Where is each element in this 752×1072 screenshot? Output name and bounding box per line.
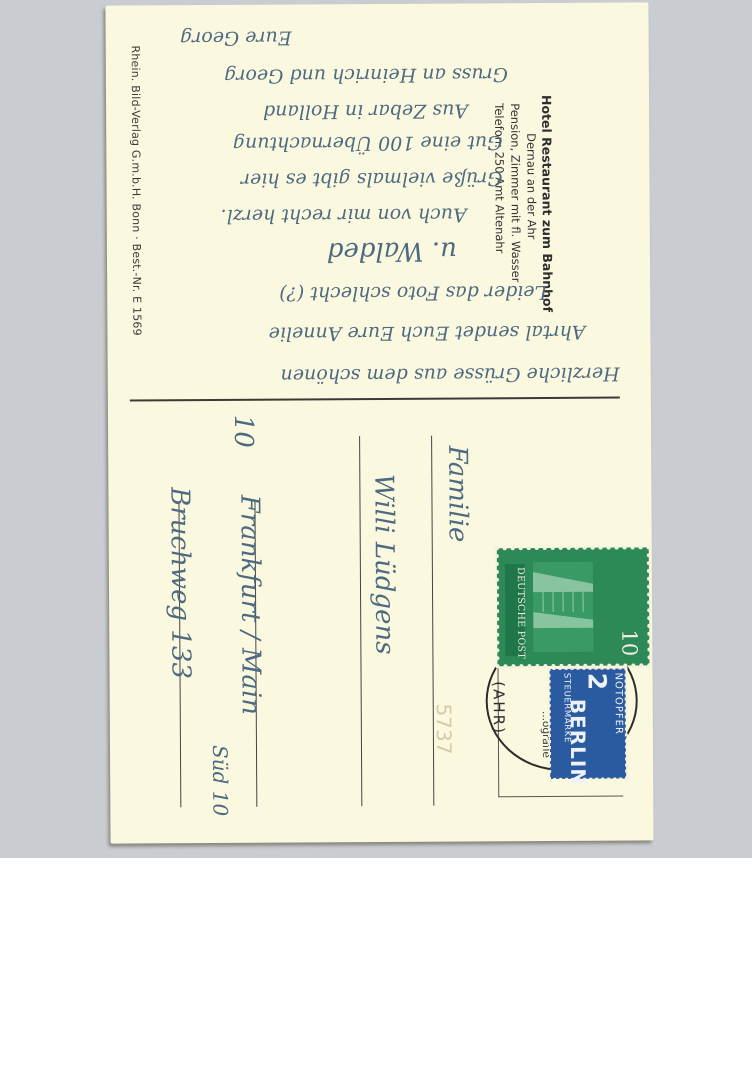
address-prefix-number: 10 xyxy=(228,415,258,448)
address-district: Süd 10 xyxy=(208,745,232,816)
message-line: Gruss an Heinrich und Georg xyxy=(224,63,508,87)
message-line: u. Walded xyxy=(327,236,457,267)
stamp-notopfer-berlin: NOTOPFER 2 BERLIN STEUERMARKE xyxy=(550,669,627,779)
message-line: Eure Georg xyxy=(180,27,292,50)
message-line: Herzliche Grüsse aus dem schönen xyxy=(281,363,620,387)
stamp-value: 10 xyxy=(617,629,641,656)
address-line-3: Frankfurt / Main xyxy=(234,495,265,715)
cathedral-icon xyxy=(533,562,614,652)
message-line: Grüße vielmals gibt es hier xyxy=(241,167,503,191)
pencil-note: 5737 xyxy=(432,704,456,755)
address-line-4: Bruchweg 133 xyxy=(164,487,195,679)
stamp-steuermarke-label: STEUERMARKE xyxy=(562,673,572,743)
message-line: Aus Zebar in Holland xyxy=(263,99,468,122)
address-line-1: Familie xyxy=(442,445,473,542)
message-divider xyxy=(130,397,620,401)
stamp-cologne-cathedral: DEUTSCHE POST 10 xyxy=(497,547,650,666)
message-line: Ahrtal sendet Euch Eure Annelie xyxy=(269,321,586,345)
message-line: Leider das Foto schlecht (?) xyxy=(279,281,547,305)
hotel-place: Dernau an der Ahr xyxy=(524,133,539,239)
stamp-notopfer-label: NOTOPFER xyxy=(613,673,624,735)
address-line-2: Willi Lüdgens xyxy=(368,474,399,655)
hotel-details: Pension, Zimmer mit fl. Wasser xyxy=(508,103,523,282)
postcard-back: Rhein. Bild-Verlag G.m.b.H. Bonn · Best.… xyxy=(105,2,653,843)
message-line: Auch von mir recht herzl. xyxy=(221,203,467,227)
message-line: Gut eine 100 Übernachtung xyxy=(233,131,503,155)
hotel-name: Hotel Restaurant zum Bahnhof xyxy=(539,95,555,312)
stamp-issuer: DEUTSCHE POST xyxy=(515,567,527,659)
postmark-text: (AHR) xyxy=(490,681,508,735)
address-rule xyxy=(359,436,363,806)
publisher-imprint: Rhein. Bild-Verlag G.m.b.H. Bonn · Best.… xyxy=(129,45,144,335)
stamp-notopfer-value: 2 xyxy=(583,673,612,692)
